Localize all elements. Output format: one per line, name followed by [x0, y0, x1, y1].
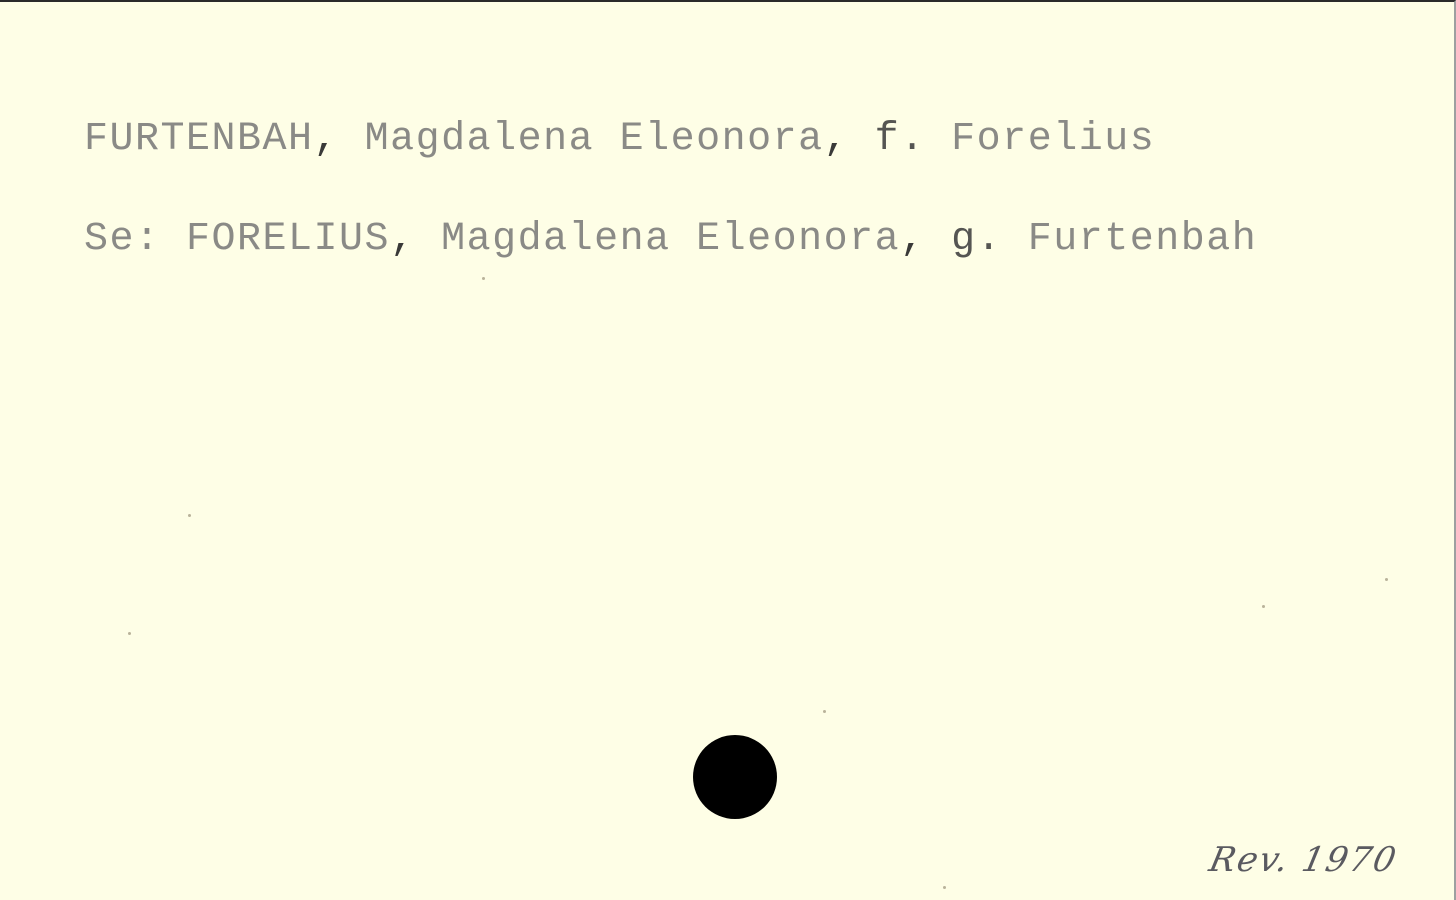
paper-speck: [943, 886, 946, 889]
heading-comma-2: ,: [824, 117, 850, 162]
birth-name: Forelius: [926, 117, 1156, 162]
see-comma-2: ,: [900, 217, 926, 262]
heading-given-names: Magdalena Eleonora: [339, 117, 824, 162]
heading-comma: ,: [314, 117, 340, 162]
paper-speck: [188, 514, 191, 517]
catalog-card: FURTENBAH, Magdalena Eleonora, f. Foreli…: [0, 0, 1456, 900]
married-name-label: g.: [926, 217, 1003, 262]
paper-speck: [1385, 578, 1388, 581]
heading-entry: FURTENBAH, Magdalena Eleonora, f. Foreli…: [84, 120, 1155, 160]
see-surname: FORELIUS: [161, 217, 391, 262]
see-label: Se:: [84, 217, 161, 262]
paper-speck: [128, 632, 131, 635]
handwritten-revision-note: Rev. 1970: [1206, 840, 1402, 880]
heading-surname: FURTENBAH: [84, 117, 314, 162]
see-comma: ,: [390, 217, 416, 262]
paper-speck: [1262, 605, 1265, 608]
paper-speck: [482, 277, 485, 280]
punch-hole-icon: [693, 735, 777, 819]
married-name: Furtenbah: [1002, 217, 1257, 262]
paper-speck: [823, 710, 826, 713]
see-given-names: Magdalena Eleonora: [416, 217, 901, 262]
see-reference: Se: FORELIUS, Magdalena Eleonora, g. Fur…: [84, 220, 1257, 260]
birth-name-label: f.: [849, 117, 926, 162]
